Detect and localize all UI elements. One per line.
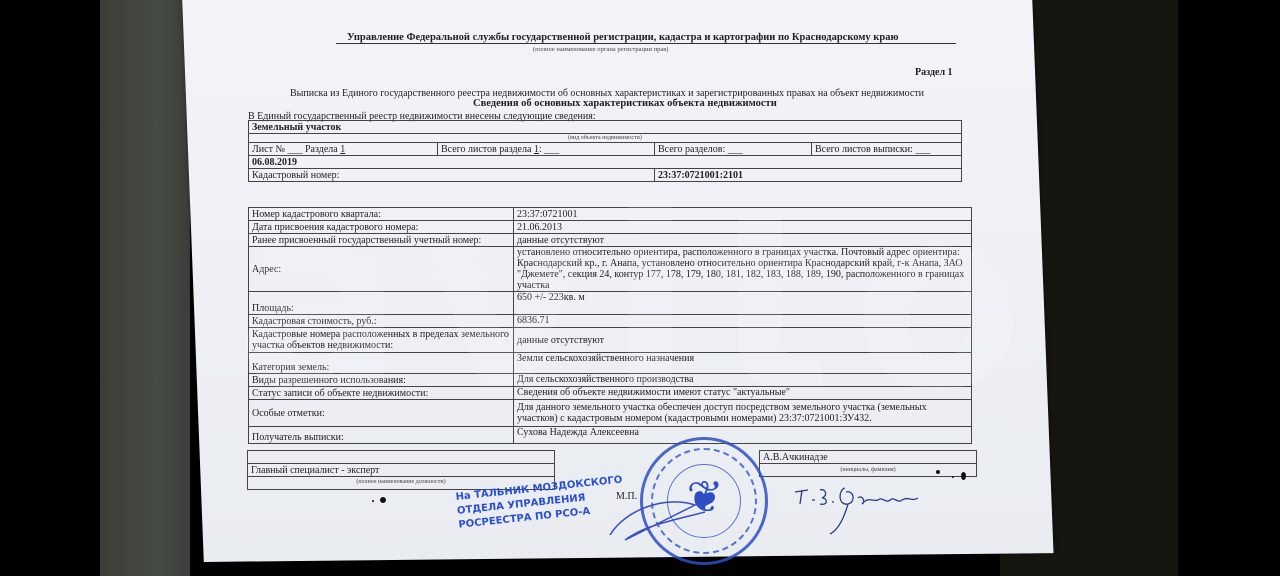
ink-spot bbox=[372, 500, 374, 502]
ink-spot bbox=[952, 476, 954, 478]
row-label: Виды разрешенного использования: bbox=[249, 374, 514, 387]
handwritten-signature-icon bbox=[790, 478, 940, 538]
table-row: Особые отметки:Для данного земельного уч… bbox=[249, 400, 972, 427]
total-extract-sheets-cell: Всего листов выписки: ___ bbox=[812, 143, 962, 156]
row-label: Кадастровая стоимость, руб.: bbox=[249, 315, 514, 328]
row-value: 23:37:0721001 bbox=[514, 208, 972, 221]
row-label: Особые отметки: bbox=[249, 400, 514, 427]
row-label: Кадастровые номера расположенных в преде… bbox=[249, 328, 514, 353]
table-row: Кадастровая стоимость, руб.:6836.71 bbox=[249, 315, 972, 328]
total-extract-sheets-value: ___ bbox=[915, 144, 930, 155]
row-value: данные отсутствуют bbox=[514, 234, 972, 247]
table-row: Номер кадастрового квартала:23:37:072100… bbox=[249, 208, 972, 221]
table-row: Кадастровые номера расположенных в преде… bbox=[249, 328, 972, 353]
ink-spot bbox=[961, 472, 966, 480]
row-value: Земли сельскохозяйственного назначения bbox=[514, 353, 972, 374]
document: Управление Федеральной службы государств… bbox=[0, 0, 1280, 576]
section-label: Раздел 1 bbox=[915, 67, 953, 78]
row-value: Для сельскохозяйственного производства bbox=[514, 374, 972, 387]
signer-name: А.В.Ачкинадзе bbox=[760, 451, 977, 464]
row-label: Ранее присвоенный государственный учетны… bbox=[249, 234, 514, 247]
cadastral-number-label: Кадастровый номер: bbox=[249, 169, 655, 182]
total-extract-sheets-label: Всего листов выписки: bbox=[815, 144, 913, 155]
table-row: Адрес:установлено относительно ориентира… bbox=[249, 247, 972, 292]
row-value: Сухова Надежда Алексеевна bbox=[514, 427, 972, 444]
sheet-number-value: ___ bbox=[287, 144, 302, 155]
row-value: 21.06.2013 bbox=[514, 221, 972, 234]
row-value: Для данного земельного участка обеспечен… bbox=[514, 400, 972, 427]
section-of-label: Раздела bbox=[305, 144, 338, 155]
signer-position: Главный специалист - эксперт bbox=[248, 464, 555, 477]
object-type-note: (вид объекта недвижимости) bbox=[249, 134, 962, 143]
table-row: Виды разрешенного использования:Для сель… bbox=[249, 374, 972, 387]
organization-note: (полное наименование органа регистрации … bbox=[533, 46, 668, 53]
organization-underline bbox=[336, 43, 956, 44]
row-label: Статус записи об объекте недвижимости: bbox=[249, 387, 514, 400]
characteristics-table: Номер кадастрового квартала:23:37:072100… bbox=[248, 207, 972, 444]
row-label: Дата присвоения кадастрового номера: bbox=[249, 221, 514, 234]
signer-name-note: (инициалы, фамилия) bbox=[760, 464, 977, 477]
table-row: Получатель выписки:Сухова Надежда Алексе… bbox=[249, 427, 972, 444]
row-value: Сведения об объекте недвижимости имеют с… bbox=[514, 387, 972, 400]
ink-spot bbox=[380, 497, 386, 503]
total-section-sheets-label: Всего листов раздела bbox=[441, 144, 531, 155]
table-row: Площадь:650 +/- 223кв. м bbox=[249, 292, 972, 315]
object-type: Земельный участок bbox=[249, 121, 962, 134]
total-sections-value: ___ bbox=[728, 144, 743, 155]
row-label: Получатель выписки: bbox=[249, 427, 514, 444]
sheet-number-label: Лист № bbox=[252, 144, 285, 155]
table-row: Категория земель:Земли сельскохозяйствен… bbox=[249, 353, 972, 374]
section-of-value: 1 bbox=[340, 144, 345, 155]
signature-scribble-icon bbox=[605, 490, 715, 550]
document-heading: Сведения об основных характеристиках объ… bbox=[473, 98, 777, 109]
row-value: 6836.71 bbox=[514, 315, 972, 328]
table-row: Дата присвоения кадастрового номера:21.0… bbox=[249, 221, 972, 234]
organization-name: Управление Федеральной службы государств… bbox=[347, 32, 898, 43]
header-table: Земельный участок (вид объекта недвижимо… bbox=[248, 120, 962, 182]
row-value: 650 +/- 223кв. м bbox=[514, 292, 972, 315]
cadastral-number: 23:37:0721001:2101 bbox=[655, 169, 962, 182]
extract-date: 06.08.2019 bbox=[249, 156, 962, 169]
table-row: Статус записи об объекте недвижимости:Св… bbox=[249, 387, 972, 400]
total-sections-label: Всего разделов: bbox=[658, 144, 725, 155]
row-label: Номер кадастрового квартала: bbox=[249, 208, 514, 221]
total-sections-cell: Всего разделов: ___ bbox=[655, 143, 812, 156]
ink-spot bbox=[936, 470, 940, 474]
row-value: данные отсутствуют bbox=[514, 328, 972, 353]
row-label: Категория земель: bbox=[249, 353, 514, 374]
row-label: Адрес: bbox=[249, 247, 514, 292]
row-label: Площадь: bbox=[249, 292, 514, 315]
total-section-sheets-cell: Всего листов раздела 1: ___ bbox=[438, 143, 655, 156]
table-row: Ранее присвоенный государственный учетны… bbox=[249, 234, 972, 247]
sheet-number-cell: Лист № ___ Раздела 1 bbox=[249, 143, 438, 156]
row-value: установлено относительно ориентира, расп… bbox=[514, 247, 972, 292]
total-section-sheets-blank: : ___ bbox=[539, 144, 559, 155]
